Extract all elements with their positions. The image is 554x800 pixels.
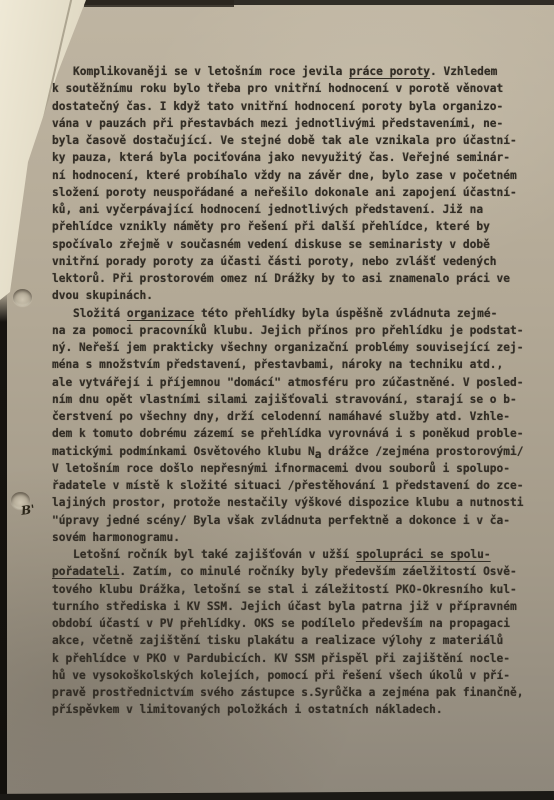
- text-segment: sovém harmonogramu.: [52, 531, 180, 544]
- text-segment: Složitá: [73, 307, 127, 320]
- text-line: k přehlídce v PKO v Pardubicích. KV SSM …: [52, 650, 544, 667]
- scanner-edge-bottom: [0, 791, 554, 800]
- text-segment: Komplikovaněji se v letošním roce jevila: [73, 65, 349, 78]
- text-segment: ale vytvářejí i příjemnou "domácí" atmos…: [52, 376, 523, 389]
- text-segment: akce, včetně zajištění tisku plakátu a r…: [52, 634, 503, 647]
- text-line: vána v pauzách při přestavbách mezi jedn…: [52, 115, 544, 132]
- text-segment: . Vzhledem: [430, 65, 497, 78]
- text-segment: a: [315, 448, 322, 461]
- text-line: řadatele v místě k složité situaci /přes…: [52, 477, 544, 494]
- text-segment: matickými podmínkami Osvětového klubu N: [52, 445, 315, 458]
- text-segment: spočívalo zřejmě v současném vedení disk…: [52, 238, 490, 251]
- text-line: Komplikovaněji se v letošním roce jevila…: [52, 63, 544, 80]
- scanned-page: B' Komplikovaněji se v letošním roce jev…: [0, 0, 554, 800]
- text-segment: ní hodnocení, které probíhalo vždy na zá…: [52, 169, 517, 182]
- text-line: Letošní ročník byl také zajišťován v užš…: [52, 546, 544, 563]
- text-line: ména s množstvím představení, přestavbam…: [52, 356, 544, 373]
- scanner-edge-left: [0, 292, 7, 795]
- text-segment: ním dnu opět vlastními silami zajišťoval…: [52, 393, 517, 406]
- text-line: byla časově dostačující. Ve stejné době …: [52, 132, 544, 149]
- text-segment: byla časově dostačující. Ve stejné době …: [52, 134, 517, 147]
- underlined-text: organizace: [127, 307, 194, 320]
- text-line: matickými podmínkami Osvětového klubu Na…: [52, 443, 544, 460]
- text-segment: ky pauza, která byla pociťována jako nev…: [52, 151, 510, 164]
- text-segment: vnitřní porady poroty za účasti části po…: [52, 255, 497, 268]
- text-line: dostatečný čas. I když tato vnitřní hodn…: [52, 98, 544, 115]
- text-segment: lajiných prostor, protože nestačily výšk…: [52, 496, 523, 509]
- text-segment: k soutěžnímu roku bylo třeba pro vnitřní…: [52, 82, 503, 95]
- text-segment: turního střediska i KV SSM. Jejich účast…: [52, 600, 517, 613]
- text-line: období účastí v PV přehlídky. OKS se pod…: [52, 615, 544, 632]
- underlined-text: spolupráci se spolu-: [356, 548, 491, 561]
- handwritten-mark: B': [20, 502, 36, 518]
- text-segment: lektorů. Při prostorovém omez ní Drážky …: [52, 272, 510, 285]
- text-line: vnitřní porady poroty za účasti části po…: [52, 253, 544, 270]
- text-segment: dvou skupinách.: [52, 289, 153, 302]
- text-segment: období účastí v PV přehlídky. OKS se pod…: [52, 617, 510, 630]
- text-line: turního střediska i KV SSM. Jejich účast…: [52, 598, 544, 615]
- text-line: k soutěžnímu roku bylo třeba pro vnitřní…: [52, 80, 544, 97]
- text-line: na za pomoci pracovníků klubu. Jejich př…: [52, 322, 544, 339]
- underlined-text: pořadateli: [52, 565, 119, 578]
- scanner-edge-top-thick: [84, 0, 234, 7]
- text-segment: ků, ani vyčerpávající hodnocení jednotli…: [52, 203, 483, 216]
- text-segment: vána v pauzách při přestavbách mezi jedn…: [52, 117, 503, 130]
- text-segment: ména s množstvím představení, přestavbam…: [52, 358, 503, 371]
- text-line: dvou skupinách.: [52, 287, 544, 304]
- text-line: ky pauza, která byla pociťována jako nev…: [52, 149, 544, 166]
- text-line: sovém harmonogramu.: [52, 529, 544, 546]
- text-line: "úpravy jedné scény/ Byla však zvládnuta…: [52, 512, 544, 529]
- text-line: ním dnu opět vlastními silami zajišťoval…: [52, 391, 544, 408]
- text-line: spočívalo zřejmě v současném vedení disk…: [52, 236, 544, 253]
- text-segment: dostatečný čas. I když tato vnitřní hodn…: [52, 100, 503, 113]
- text-segment: přehlídce vznikly náměty pro řešení při …: [52, 220, 490, 233]
- text-segment: pravě prostřednictvím svého zástupce s.S…: [52, 686, 523, 699]
- text-line: hů ve vysokoškolských kolejích, pomocí p…: [52, 667, 544, 684]
- underlined-text: práce poroty: [349, 65, 430, 78]
- text-segment: . Zatím, co minulé ročníky byly předevší…: [119, 565, 516, 578]
- text-line: lektorů. Při prostorovém omez ní Drážky …: [52, 270, 544, 287]
- text-line: akce, včetně zajištění tisku plakátu a r…: [52, 632, 544, 649]
- text-line: ků, ani vyčerpávající hodnocení jednotli…: [52, 201, 544, 218]
- text-segment: dem k tomuto dobrému zázemí se přehlídka…: [52, 427, 523, 440]
- text-segment: řadatele v místě k složité situaci /přes…: [52, 479, 523, 492]
- text-line: čerstvení po všechny dny, drží celodenní…: [52, 408, 544, 425]
- text-line: Složitá organizace této přehlídky byla ú…: [52, 305, 544, 322]
- text-segment: čerstvení po všechny dny, drží celodenní…: [52, 410, 510, 423]
- text-segment: hů ve vysokoškolských kolejích, pomocí p…: [52, 669, 510, 682]
- text-segment: tového klubu Drážka, letošní se stal i z…: [52, 583, 517, 596]
- text-line: přehlídce vznikly náměty pro řešení při …: [52, 218, 544, 235]
- text-line: dem k tomuto dobrému zázemí se přehlídka…: [52, 425, 544, 442]
- text-line: V letošním roce došlo nepřesnými ifnorma…: [52, 460, 544, 477]
- text-line: lajiných prostor, protože nestačily výšk…: [52, 494, 544, 511]
- text-segment: příspěvkem v limitovaných položkách i os…: [52, 703, 443, 716]
- text-line: ale vytvářejí i příjemnou "domácí" atmos…: [52, 374, 544, 391]
- text-segment: "úpravy jedné scény/ Byla však zvládnuta…: [52, 514, 510, 527]
- text-line: tového klubu Drážka, letošní se stal i z…: [52, 581, 544, 598]
- text-segment: drážce /zejména prostorovými/: [321, 445, 523, 458]
- text-line: příspěvkem v limitovaných položkách i os…: [52, 701, 544, 718]
- text-segment: této přehlídky byla úspěšně zvládnuta ze…: [194, 307, 497, 320]
- typewritten-text: Komplikovaněji se v letošním roce jevila…: [52, 63, 544, 719]
- text-segment: V letošním roce došlo nepřesnými ifnorma…: [52, 462, 510, 475]
- text-line: pořadateli. Zatím, co minulé ročníky byl…: [52, 563, 544, 580]
- text-segment: ný. Neřeší jem prakticky všechny organiz…: [52, 341, 523, 354]
- text-line: ní hodnocení, které probíhalo vždy na zá…: [52, 167, 544, 184]
- text-line: pravě prostřednictvím svého zástupce s.S…: [52, 684, 544, 701]
- text-segment: k přehlídce v PKO v Pardubicích. KV SSM …: [52, 652, 510, 665]
- text-line: složení poroty neuspořádané a neřešilo d…: [52, 184, 544, 201]
- text-line: ný. Neřeší jem prakticky všechny organiz…: [52, 339, 544, 356]
- text-segment: složení poroty neuspořádané a neřešilo d…: [52, 186, 517, 199]
- text-segment: Letošní ročník byl také zajišťován v užš…: [73, 548, 356, 561]
- punch-hole-top: [13, 289, 32, 306]
- text-segment: na za pomoci pracovníků klubu. Jejich př…: [52, 324, 523, 337]
